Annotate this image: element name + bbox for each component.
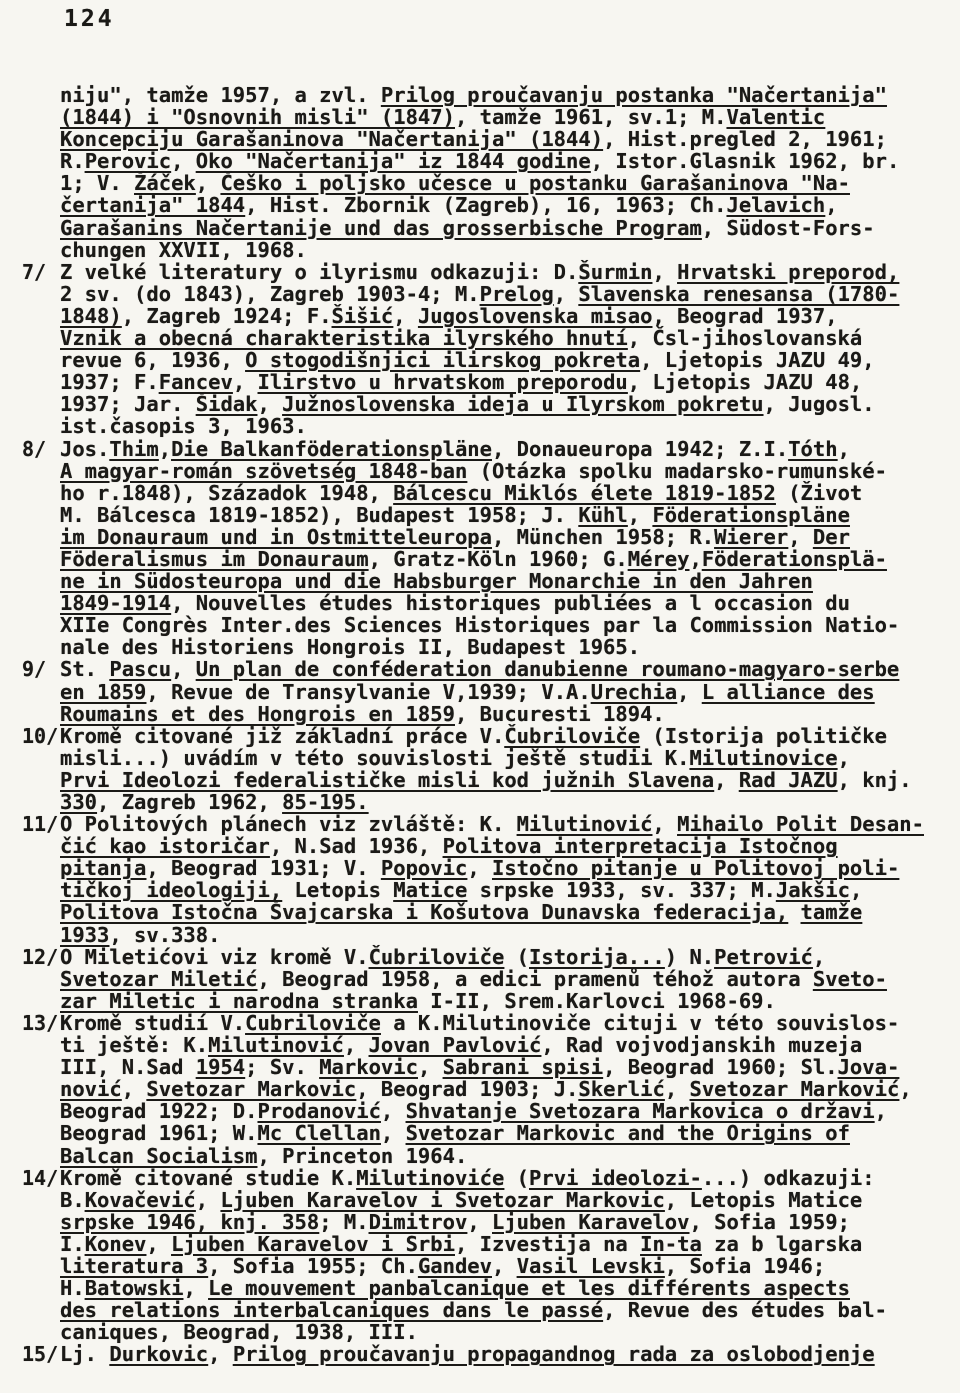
underlined-text-segment: 330 bbox=[60, 790, 97, 814]
underlined-text-segment: Prelog bbox=[480, 282, 554, 306]
text-segment: M. Bálcesca 1819-1852), Budapest 1958; J… bbox=[60, 503, 578, 527]
underlined-text-segment: Čubriloviče bbox=[504, 724, 640, 748]
underlined-text-segment: Čubriloviče bbox=[369, 945, 505, 969]
text-segment: , Nouvelles études historiques publiées … bbox=[171, 591, 850, 615]
footnote-block: 9/St. Pascu, Un plan de conféderation da… bbox=[22, 658, 952, 724]
text-segment: , bbox=[492, 1254, 517, 1278]
text-line: ne in Südosteuropa und die Habsburger Mo… bbox=[60, 570, 952, 592]
underlined-text-segment: Jugoslovenska misao bbox=[418, 304, 653, 328]
underlined-text-segment: Prilog proučavanju postanka "Načertanija… bbox=[381, 83, 887, 107]
text-segment: revue 6, 1936, bbox=[60, 348, 245, 372]
text-segment: nale des Historiens Hongrois II, Budapes… bbox=[60, 635, 640, 659]
footnote-marker: 8/ bbox=[22, 438, 60, 460]
text-segment: , Revue des études bal- bbox=[603, 1298, 887, 1322]
text-segment: , bbox=[146, 1232, 171, 1256]
text-line: B.Kovačević, Ljuben Karavelov i Svetozar… bbox=[60, 1189, 952, 1211]
text-segment: , bbox=[665, 1077, 690, 1101]
page-number: 124 bbox=[64, 6, 115, 32]
underlined-text-segment: Mihailo Polit Desan- bbox=[677, 812, 924, 836]
underlined-text-segment: Svetozar Markovic bbox=[146, 1077, 356, 1101]
footnotes-list: niju", tamže 1957, a zvl. Prilog proučav… bbox=[22, 84, 952, 1365]
underlined-text-segment: Föderationspläne bbox=[652, 503, 849, 527]
underlined-text-segment: Milutinovice bbox=[689, 746, 837, 770]
underlined-text-segment: Ljuben Karavelov i Srbi bbox=[171, 1232, 455, 1256]
underlined-text-segment: tamže bbox=[801, 900, 863, 924]
underlined-text-segment: Slavenska renesansa (1780- bbox=[578, 282, 899, 306]
underlined-text-segment: Fancev bbox=[159, 370, 233, 394]
underlined-text-segment: Svetozar Markovic and the Origins of bbox=[406, 1121, 850, 1145]
text-segment: , Bucuresti 1894. bbox=[455, 702, 665, 726]
underlined-text-segment: Milutinoviće bbox=[356, 1166, 504, 1190]
underlined-text-segment: Češko i poljsko učesce u postanku Garaša… bbox=[220, 171, 849, 195]
text-line: niju", tamže 1957, a zvl. Prilog proučav… bbox=[60, 84, 952, 106]
text-segment: , bbox=[652, 812, 677, 836]
text-line: Balcan Socialism, Princeton 1964. bbox=[60, 1145, 952, 1167]
text-segment: , bbox=[159, 437, 171, 461]
underlined-text-segment: Jakšic bbox=[776, 878, 850, 902]
footnote-marker: 7/ bbox=[22, 261, 60, 283]
text-line: chungen XXVII, 1968. bbox=[60, 239, 952, 261]
text-line: O Miletićovi viz kromě V.Čubriloviče (Is… bbox=[60, 946, 952, 968]
underlined-text-segment: im Donauraum und in Ostmitteleuropa bbox=[60, 525, 492, 549]
underlined-text-segment: A magyar-román szövetség 1848-ban bbox=[60, 459, 467, 483]
text-segment: srpske 1933, sv. 337; M. bbox=[467, 878, 776, 902]
underlined-text-segment: Garašanins Načertanije und das grosserbi… bbox=[60, 216, 702, 240]
underlined-text-segment: Vznik a obecná charakteristika ilyrského… bbox=[60, 326, 628, 350]
text-line: 1937; Jar. Šidak, Južnoslovenska ideja u… bbox=[60, 393, 952, 415]
footnote-marker: 13/ bbox=[22, 1012, 60, 1034]
text-segment: , Čsl-jihoslovanská bbox=[628, 326, 863, 350]
underlined-text-segment: L alliance des bbox=[702, 680, 875, 704]
underlined-text-segment: srpske 1946, knj. 358 bbox=[60, 1210, 319, 1234]
underlined-text-segment: 85-195. bbox=[282, 790, 368, 814]
text-segment: , Hist.pregled 2, 1961; bbox=[603, 127, 887, 151]
footnote-marker: 10/ bbox=[22, 725, 60, 747]
underlined-text-segment: Shvatanje Svetozara Markovica o državi bbox=[406, 1099, 875, 1123]
underlined-text-segment: Le mouvement panbalcanique et les différ… bbox=[208, 1276, 850, 1300]
text-segment: , Gratz-Köln 1960; G. bbox=[369, 547, 628, 571]
underlined-text-segment: Popovic bbox=[381, 856, 467, 880]
text-segment: , bbox=[838, 437, 850, 461]
footnote-block: 11/O Politových plánech viz zvláště: K. … bbox=[22, 813, 952, 946]
text-line: literatura 3, Sofia 1955; Ch.Gandev, Vas… bbox=[60, 1255, 952, 1277]
text-line: Kromě citované studie K.Milutinoviće (Pr… bbox=[60, 1167, 952, 1189]
underlined-text-segment: Batowski bbox=[85, 1276, 184, 1300]
text-segment: , Beograd 1960; Sl. bbox=[603, 1055, 838, 1079]
underlined-text-segment: Milutinović bbox=[517, 812, 653, 836]
underlined-text-segment: Kovačević bbox=[85, 1188, 196, 1212]
underlined-text-segment: Skerlić bbox=[578, 1077, 664, 1101]
text-segment: (Život bbox=[776, 481, 862, 505]
underlined-text-segment: Föderationsplä- bbox=[702, 547, 887, 571]
underlined-text-segment: Svetozar Marković bbox=[690, 1077, 900, 1101]
text-segment: , bbox=[418, 1055, 443, 1079]
underlined-text-segment: (1844) i "Osnovnih misli" (1847) bbox=[60, 105, 455, 129]
text-segment: , bbox=[171, 149, 196, 173]
text-segment: , bbox=[393, 304, 418, 328]
text-segment bbox=[788, 900, 800, 924]
text-segment: St. bbox=[60, 657, 109, 681]
underlined-text-segment: Föderalismus im Donauraum bbox=[60, 547, 369, 571]
underlined-text-segment: Durkovic bbox=[109, 1342, 208, 1366]
underlined-text-segment: Jova- bbox=[838, 1055, 900, 1079]
underlined-text-segment: Ilirstvo u hrvatskom preporodu bbox=[258, 370, 628, 394]
text-line: caniques, Beograd, 1938, III. bbox=[60, 1321, 952, 1343]
underlined-text-segment: Wierer bbox=[714, 525, 788, 549]
text-segment: , Letopis Matice bbox=[665, 1188, 862, 1212]
text-segment: , Beograd 1958, a edici pramenů téhož au… bbox=[257, 967, 812, 991]
text-segment: ; M. bbox=[319, 1210, 368, 1234]
underlined-text-segment: Šidak bbox=[196, 392, 258, 416]
text-segment: , N.Sad 1936, bbox=[270, 834, 443, 858]
underlined-text-segment: Jovan Pavlović bbox=[369, 1033, 542, 1057]
text-line: im Donauraum und in Ostmitteleuropa, Mün… bbox=[60, 526, 952, 548]
text-segment: 2 sv. (do 1843), Zagreb 1903-4; M. bbox=[60, 282, 480, 306]
text-segment: , bbox=[467, 1210, 492, 1234]
text-segment: , bbox=[122, 1077, 147, 1101]
text-segment: Letopis bbox=[282, 878, 393, 902]
underlined-text-segment: Šurmin bbox=[578, 260, 652, 284]
text-segment: , bbox=[813, 945, 825, 969]
underlined-text-segment: Sabrani spisi bbox=[443, 1055, 603, 1079]
underlined-text-segment: pitanja bbox=[60, 856, 146, 880]
text-segment: Beograd 1922; D. bbox=[60, 1099, 257, 1123]
underlined-text-segment: Hrvatski preporod, bbox=[677, 260, 899, 284]
underlined-text-segment: Milutinović bbox=[208, 1033, 344, 1057]
text-segment: Beograd 1961; W. bbox=[60, 1121, 257, 1145]
footnote-lines: St. Pascu, Un plan de conféderation danu… bbox=[60, 658, 952, 724]
text-line: R.Perovic, Oko "Načertanija" iz 1844 god… bbox=[60, 150, 952, 172]
text-line: M. Bálcesca 1819-1852), Budapest 1958; J… bbox=[60, 504, 952, 526]
underlined-text-segment: Tóth bbox=[788, 437, 837, 461]
footnote-block: 8/Jos.Thim,Die Balkanföderationspläne, D… bbox=[22, 438, 952, 659]
text-line: Jos.Thim,Die Balkanföderationspläne, Don… bbox=[60, 438, 952, 460]
underlined-text-segment: Pascu bbox=[109, 657, 171, 681]
underlined-text-segment: Roumains et des Hongrois en 1859 bbox=[60, 702, 455, 726]
underlined-text-segment: 1849-1914 bbox=[60, 591, 171, 615]
text-line: ti ještě: K.Milutinović, Jovan Pavlović,… bbox=[60, 1034, 952, 1056]
text-line: (1844) i "Osnovnih misli" (1847), tamže … bbox=[60, 106, 952, 128]
text-segment: caniques, Beograd, 1938, III. bbox=[60, 1320, 418, 1344]
underlined-text-segment: Sveto- bbox=[813, 967, 887, 991]
text-line: Kromě studií V.Cubriloviče a K.Milutinov… bbox=[60, 1012, 952, 1034]
footnote-lines: Kromě citované již základní práce V.Čubr… bbox=[60, 725, 952, 813]
text-line: H.Batowski, Le mouvement panbalcanique e… bbox=[60, 1277, 952, 1299]
scanned-page: 124 niju", tamže 1957, a zvl. Prilog pro… bbox=[0, 0, 960, 1393]
text-line: 1849-1914, Nouvelles études historiques … bbox=[60, 592, 952, 614]
text-line: Svetozar Miletić, Beograd 1958, a edici … bbox=[60, 968, 952, 990]
text-segment: za b lgarska bbox=[702, 1232, 862, 1256]
text-segment: , bbox=[714, 768, 739, 792]
text-segment: III, N.Sad bbox=[60, 1055, 196, 1079]
underlined-text-segment: Prvi Ideolozi federalističke misli kod j… bbox=[60, 768, 714, 792]
footnote-marker: 14/ bbox=[22, 1167, 60, 1189]
text-segment: Kromě citované již základní práce V. bbox=[60, 724, 504, 748]
footnote-block: 14/Kromě citované studie K.Milutinoviće … bbox=[22, 1167, 952, 1344]
underlined-text-segment: Un plan de conféderation danubienne roum… bbox=[196, 657, 900, 681]
text-segment: 1937; F. bbox=[60, 370, 159, 394]
text-segment: O Miletićovi viz kromě V. bbox=[60, 945, 369, 969]
underlined-text-segment: Konev bbox=[85, 1232, 147, 1256]
text-segment: ( bbox=[504, 945, 529, 969]
underlined-text-segment: Žáček bbox=[134, 171, 196, 195]
underlined-text-segment: Ljuben Karavelov bbox=[492, 1210, 689, 1234]
text-line: des relations interbalcaniques dans le p… bbox=[60, 1299, 952, 1321]
underlined-text-segment: 1933 bbox=[60, 923, 109, 947]
text-segment: I. bbox=[60, 1232, 85, 1256]
text-line: Prvi Ideolozi federalističke misli kod j… bbox=[60, 769, 952, 791]
text-segment: , Hist. Zbornik (Zagreb), 16, 1963; Ch. bbox=[245, 193, 726, 217]
text-line: srpske 1946, knj. 358; M.Dimitrov, Ljube… bbox=[60, 1211, 952, 1233]
text-segment: Lj. bbox=[60, 1342, 109, 1366]
text-line: Beograd 1922; D.Prodanović, Shvatanje Sv… bbox=[60, 1100, 952, 1122]
text-segment: ist.časopis 3, 1963. bbox=[60, 414, 307, 438]
text-segment: , Ljetopis JAZU 49, bbox=[640, 348, 875, 372]
text-line: pitanja, Beograd 1931; V. Popovic, Istoč… bbox=[60, 857, 952, 879]
underlined-text-segment: čertanija" 1844 bbox=[60, 193, 245, 217]
underlined-text-segment: Južnoslovenska ideja u Ilyrskom pokretu bbox=[282, 392, 763, 416]
text-segment: , bbox=[196, 1188, 221, 1212]
underlined-text-segment: Rad JAZU bbox=[739, 768, 838, 792]
text-segment: , bbox=[257, 392, 282, 416]
underlined-text-segment: Valentic bbox=[726, 105, 825, 129]
text-segment: a K.Milutinoviče cituji v této souvislos… bbox=[381, 1011, 899, 1035]
text-segment: R. bbox=[60, 149, 85, 173]
underlined-text-segment: čić kao istoričar bbox=[60, 834, 270, 858]
text-segment: (Istorija političke bbox=[640, 724, 887, 748]
text-segment: , Donaueuropa 1942; Z.I. bbox=[492, 437, 788, 461]
text-line: čertanija" 1844, Hist. Zbornik (Zagreb),… bbox=[60, 194, 952, 216]
footnote-lines: Lj. Durkovic, Prilog proučavanju propaga… bbox=[60, 1343, 952, 1365]
text-segment: Kromě studií V. bbox=[60, 1011, 245, 1035]
underlined-text-segment: Šišić bbox=[332, 304, 394, 328]
text-segment: ; Sv. bbox=[245, 1055, 319, 1079]
text-segment: , bbox=[171, 657, 196, 681]
text-segment: , Revue de Transylvanie V,1939; V.A. bbox=[146, 680, 590, 704]
underlined-text-segment: Kühl bbox=[578, 503, 627, 527]
footnote-block: 12/O Miletićovi viz kromě V.Čubriloviče … bbox=[22, 946, 952, 1012]
text-segment: Kromě citované studie K. bbox=[60, 1166, 356, 1190]
underlined-text-segment: Prodanović bbox=[257, 1099, 380, 1123]
text-segment: , bbox=[677, 680, 702, 704]
text-segment: , bbox=[875, 1099, 887, 1123]
text-segment: , Sofia 1955; Ch. bbox=[208, 1254, 418, 1278]
underlined-text-segment: Urechia bbox=[591, 680, 677, 704]
text-segment: chungen XXVII, 1968. bbox=[60, 238, 307, 262]
text-segment: , Beograd 1931; V. bbox=[146, 856, 381, 880]
text-segment: , Beograd 1937, bbox=[652, 304, 837, 328]
underlined-text-segment: ne in Südosteuropa und die Habsburger Mo… bbox=[60, 569, 813, 593]
text-line: Politova Istočna Švajcarska i Košutova D… bbox=[60, 901, 952, 923]
text-segment: ( bbox=[504, 1166, 529, 1190]
text-line: 330, Zagreb 1962, 85-195. bbox=[60, 791, 952, 813]
underlined-text-segment: Dimitrov bbox=[369, 1210, 468, 1234]
text-segment: O Politových plánech viz zvláště: K. bbox=[60, 812, 517, 836]
underlined-text-segment: en 1859 bbox=[60, 680, 146, 704]
underlined-text-segment: Koncepciju Garašaninova "Načertanija" (1… bbox=[60, 127, 603, 151]
text-segment: Z velké literatury o ilyrismu odkazuji: … bbox=[60, 260, 578, 284]
text-line: Roumains et des Hongrois en 1859, Bucure… bbox=[60, 703, 952, 725]
text-line: 1848), Zagreb 1924; F.Šišić, Jugoslovens… bbox=[60, 305, 952, 327]
text-line: Beograd 1961; W.Mc Clellan, Svetozar Mar… bbox=[60, 1122, 952, 1144]
text-segment: , bbox=[381, 1121, 406, 1145]
text-line: A magyar-román szövetség 1848-ban (Otázk… bbox=[60, 460, 952, 482]
text-line: Garašanins Načertanije und das grosserbi… bbox=[60, 217, 952, 239]
text-line: ist.časopis 3, 1963. bbox=[60, 415, 952, 437]
text-line: revue 6, 1936, O stogodišnjici ilirskog … bbox=[60, 349, 952, 371]
text-line: nović, Svetozar Markovic, Beograd 1903; … bbox=[60, 1078, 952, 1100]
footnote-marker: 11/ bbox=[22, 813, 60, 835]
underlined-text-segment: Politova Istočna Švajcarska i Košutova D… bbox=[60, 900, 788, 924]
text-line: Koncepciju Garašaninova "Načertanija" (1… bbox=[60, 128, 952, 150]
text-segment: , bbox=[208, 1342, 233, 1366]
text-line: Kromě citované již základní práce V.Čubr… bbox=[60, 725, 952, 747]
text-line: zar Miletic i narodna stranka I-II, Srem… bbox=[60, 990, 952, 1012]
text-line: 1937; F.Fancev, Ilirstvo u hrvatskom pre… bbox=[60, 371, 952, 393]
text-segment: , bbox=[381, 1099, 406, 1123]
underlined-text-segment: Markovic bbox=[319, 1055, 418, 1079]
footnote-lines: O Miletićovi viz kromě V.Čubriloviče (Is… bbox=[60, 946, 952, 1012]
text-line: Vznik a obecná charakteristika ilyrského… bbox=[60, 327, 952, 349]
text-segment: , Princeton 1964. bbox=[257, 1144, 467, 1168]
text-segment: , bbox=[183, 1276, 208, 1300]
footnote-block: 13/Kromě studií V.Cubriloviče a K.Miluti… bbox=[22, 1012, 952, 1167]
underlined-text-segment: Thim bbox=[109, 437, 158, 461]
text-segment: , bbox=[652, 260, 677, 284]
text-segment: , Izvestija na bbox=[455, 1232, 640, 1256]
text-line: čić kao istoričar, N.Sad 1936, Politova … bbox=[60, 835, 952, 857]
text-segment: , Sofia 1946; bbox=[665, 1254, 825, 1278]
underlined-text-segment: Perovic bbox=[85, 149, 171, 173]
footnote-lines: Jos.Thim,Die Balkanföderationspläne, Don… bbox=[60, 438, 952, 659]
text-segment: Jos. bbox=[60, 437, 109, 461]
text-line: XIIe Congrès Inter.des Sciences Historiq… bbox=[60, 614, 952, 636]
underlined-text-segment: des relations interbalcaniques dans le p… bbox=[60, 1298, 603, 1322]
text-segment: 1937; Jar. bbox=[60, 392, 196, 416]
underlined-text-segment: Matice bbox=[393, 878, 467, 902]
footnote-marker: 12/ bbox=[22, 946, 60, 968]
underlined-text-segment: Petrović bbox=[714, 945, 813, 969]
text-segment: I-II, Srem.Karlovci 1968-69. bbox=[418, 989, 776, 1013]
text-line: misli...) uvádím v této souvislosti ješt… bbox=[60, 747, 952, 769]
text-line: 1933, sv.338. bbox=[60, 924, 952, 946]
text-line: St. Pascu, Un plan de conféderation danu… bbox=[60, 658, 952, 680]
text-segment: , bbox=[899, 1077, 911, 1101]
underlined-text-segment: Balcan Socialism bbox=[60, 1144, 257, 1168]
text-line: III, N.Sad 1954; Sv. Markovic, Sabrani s… bbox=[60, 1056, 952, 1078]
text-segment: B. bbox=[60, 1188, 85, 1212]
text-segment: niju", tamže 1957, a zvl. bbox=[60, 83, 381, 107]
underlined-text-segment: Vasil Levski bbox=[517, 1254, 665, 1278]
underlined-text-segment: Mc Clellan bbox=[257, 1121, 380, 1145]
text-segment: , bbox=[233, 370, 258, 394]
underlined-text-segment: Svetozar Miletić bbox=[60, 967, 257, 991]
underlined-text-segment: Ljuben Karavelov i Svetozar Markovic bbox=[220, 1188, 664, 1212]
underlined-text-segment: tičkoj ideologiji, bbox=[60, 878, 282, 902]
text-segment: , bbox=[554, 282, 579, 306]
underlined-text-segment: Prilog proučavanju propagandnog rada za … bbox=[233, 1342, 875, 1366]
underlined-text-segment: 1848) bbox=[60, 304, 122, 328]
text-segment: , knj. bbox=[838, 768, 912, 792]
underlined-text-segment: In-ta bbox=[640, 1232, 702, 1256]
text-segment: ) N. bbox=[665, 945, 714, 969]
text-line: en 1859, Revue de Transylvanie V,1939; V… bbox=[60, 681, 952, 703]
footnote-block: niju", tamže 1957, a zvl. Prilog proučav… bbox=[22, 84, 952, 261]
underlined-text-segment: Gandev bbox=[418, 1254, 492, 1278]
text-segment: 1; V. bbox=[60, 171, 134, 195]
text-line: tičkoj ideologiji, Letopis Matice srpske… bbox=[60, 879, 952, 901]
text-line: Lj. Durkovic, Prilog proučavanju propaga… bbox=[60, 1343, 952, 1365]
text-line: ho r.1848), Századok 1948, Bálcescu Mikl… bbox=[60, 482, 952, 504]
text-segment: XIIe Congrès Inter.des Sciences Historiq… bbox=[60, 613, 899, 637]
underlined-text-segment: nović bbox=[60, 1077, 122, 1101]
text-line: 2 sv. (do 1843), Zagreb 1903-4; M.Prelog… bbox=[60, 283, 952, 305]
footnote-block: 7/Z velké literatury o ilyrismu odkazuji… bbox=[22, 261, 952, 438]
text-segment: , Beograd 1903; J. bbox=[356, 1077, 578, 1101]
footnote-block: 15/Lj. Durkovic, Prilog proučavanju prop… bbox=[22, 1343, 952, 1365]
text-segment: , Ljetopis JAZU 48, bbox=[628, 370, 863, 394]
underlined-text-segment: 1954 bbox=[196, 1055, 245, 1079]
text-segment: , Istor.Glasnik 1962, br. bbox=[591, 149, 900, 173]
footnote-lines: Z velké literatury o ilyrismu odkazuji: … bbox=[60, 261, 952, 438]
underlined-text-segment: Bálcescu Miklós élete 1819-1852 bbox=[393, 481, 776, 505]
underlined-text-segment: Politova interpretacija Istočnog bbox=[443, 834, 838, 858]
text-segment: (Otázka spolku madarsko-rumunské- bbox=[467, 459, 887, 483]
text-segment: , Jugosl. bbox=[764, 392, 875, 416]
underlined-text-segment: literatura 3 bbox=[60, 1254, 208, 1278]
text-line: Föderalismus im Donauraum, Gratz-Köln 19… bbox=[60, 548, 952, 570]
text-segment: , bbox=[838, 746, 850, 770]
underlined-text-segment: Der bbox=[813, 525, 850, 549]
text-segment: , Rad vojvodjanskih muzeja bbox=[541, 1033, 862, 1057]
text-segment: misli...) uvádím v této souvislosti ješt… bbox=[60, 746, 689, 770]
text-segment: , Zagreb 1924; F. bbox=[122, 304, 332, 328]
text-line: Z velké literatury o ilyrismu odkazuji: … bbox=[60, 261, 952, 283]
text-segment: ho r.1848), Századok 1948, bbox=[60, 481, 393, 505]
text-segment: , bbox=[196, 171, 221, 195]
text-segment: , bbox=[825, 193, 837, 217]
text-segment: , bbox=[689, 547, 701, 571]
footnote-marker: 9/ bbox=[22, 658, 60, 680]
text-segment: , Zagreb 1962, bbox=[97, 790, 282, 814]
text-segment: H. bbox=[60, 1276, 85, 1300]
text-line: nale des Historiens Hongrois II, Budapes… bbox=[60, 636, 952, 658]
text-segment: , Sofia 1959; bbox=[689, 1210, 849, 1234]
text-segment: , bbox=[467, 856, 492, 880]
underlined-text-segment: Istorija... bbox=[529, 945, 665, 969]
text-segment: ...) odkazuji: bbox=[702, 1166, 875, 1190]
footnote-lines: O Politových plánech viz zvláště: K. Mil… bbox=[60, 813, 952, 946]
text-line: I.Konev, Ljuben Karavelov i Srbi, Izvest… bbox=[60, 1233, 952, 1255]
underlined-text-segment: Oko "Načertanija" iz 1844 godine bbox=[196, 149, 591, 173]
underlined-text-segment: Istočno pitanje u Politovoj poli- bbox=[492, 856, 899, 880]
underlined-text-segment: Die Balkanföderationspläne bbox=[171, 437, 492, 461]
text-segment: , bbox=[850, 878, 862, 902]
footnote-block: 10/Kromě citované již základní práce V.Č… bbox=[22, 725, 952, 813]
underlined-text-segment: Cubriloviče bbox=[245, 1011, 381, 1035]
text-segment: , bbox=[628, 503, 653, 527]
text-segment: , bbox=[788, 525, 813, 549]
text-segment: , sv.338. bbox=[109, 923, 220, 947]
underlined-text-segment: Prvi ideolozi- bbox=[529, 1166, 702, 1190]
text-line: O Politových plánech viz zvláště: K. Mil… bbox=[60, 813, 952, 835]
underlined-text-segment: O stogodišnjici ilirskog pokreta bbox=[245, 348, 640, 372]
text-segment: ti ještě: K. bbox=[60, 1033, 208, 1057]
underlined-text-segment: Mérey bbox=[628, 547, 690, 571]
text-segment: , bbox=[344, 1033, 369, 1057]
footnote-lines: Kromě studií V.Cubriloviče a K.Milutinov… bbox=[60, 1012, 952, 1167]
footnote-lines: Kromě citované studie K.Milutinoviće (Pr… bbox=[60, 1167, 952, 1344]
